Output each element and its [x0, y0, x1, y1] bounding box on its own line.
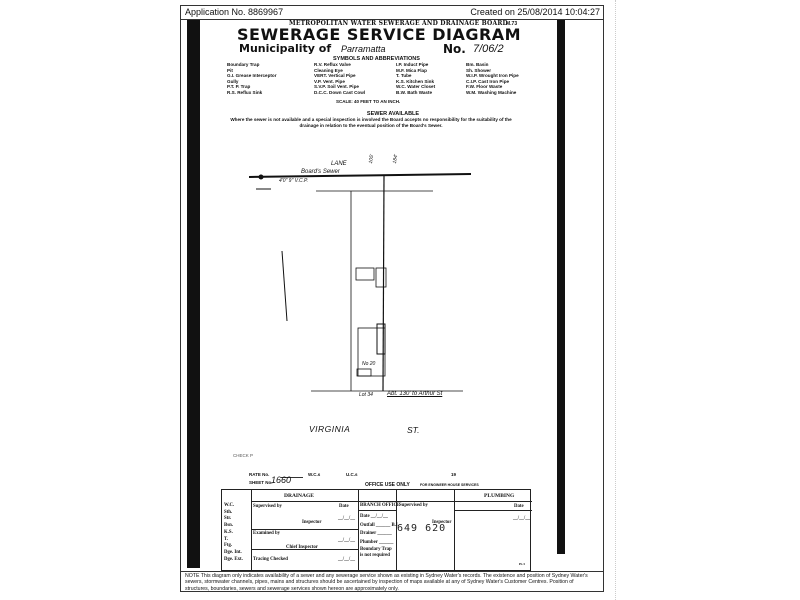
distance-note: Abt. 130' to Arthur St: [387, 391, 442, 397]
fixture-item: T.: [224, 537, 243, 544]
chief-inspector-label: Chief Inspector: [286, 545, 318, 550]
check-label: CHECK P: [233, 453, 253, 458]
corner-ref: Pt.3: [519, 562, 525, 566]
branch-item: Drainer ______: [360, 530, 399, 539]
lane-label: LANE: [331, 161, 347, 167]
drainage-title: DRAINAGE: [284, 493, 314, 499]
sewerage-diagram-document: Application No. 8869967 Created on 25/08…: [180, 5, 604, 592]
disclaimer-note: NOTE This diagram only indicates availab…: [181, 571, 603, 593]
page-edge-guide: [615, 0, 617, 600]
branch-item: is not required: [360, 553, 399, 559]
registration-stamp: 649 620: [397, 523, 446, 534]
for-engineer-label: FOR ENGINEER HOUSE SERVICES: [420, 483, 479, 487]
rate-no-label: RATE No.: [249, 472, 269, 477]
pipe-spec-label: 4'0" 9" V.C.P.: [279, 178, 308, 184]
fixture-item: W.C.: [224, 503, 243, 510]
wcs-label: W.C.s: [308, 472, 320, 477]
fixture-item: Dge. Int.: [224, 550, 243, 557]
branch-office-title: BRANCH OFFICE: [360, 503, 400, 508]
fixture-item: Bsn.: [224, 523, 243, 530]
branch-office-list: Date __/__/__ Outfall ______ B.I. Draine…: [360, 513, 399, 558]
lot-number-label: Lot 34: [359, 392, 373, 398]
office-use-label: OFFICE USE ONLY: [365, 482, 410, 488]
street-suffix: ST.: [407, 425, 419, 435]
fixture-list: W.C. Sth. Str. Bsn. K.S. T. Ftg. Dge. In…: [224, 503, 243, 563]
date-blank: __/__/__: [338, 538, 355, 543]
fixture-item: Dge. Ext.: [224, 557, 243, 564]
examined-by-label: Examined by: [253, 531, 280, 536]
date-label: Date: [339, 504, 349, 509]
street-name: VIRGINIA: [309, 424, 350, 434]
ucs-label: U.C.s: [346, 472, 358, 477]
year-label: 19: [451, 472, 456, 477]
inspector-label: Inspector: [302, 520, 321, 525]
office-use-form: DRAINAGE PLUMBING W.C. Sth. Str. Bsn. K.…: [221, 489, 531, 571]
plumbing-date-blank: __/__/__: [513, 516, 530, 521]
sheet-no-value: 1660: [271, 475, 291, 485]
tracing-checked-label: Tracing Checked: [253, 557, 288, 562]
house-number-label: No 20: [362, 361, 375, 367]
boards-sewer-label: Board's Sewer: [301, 169, 340, 175]
sheet-no-label: SHEET No.: [249, 480, 273, 485]
branch-item: Outfall ______ B.I.: [360, 522, 399, 531]
plumbing-title: PLUMBING: [484, 493, 514, 499]
branch-item: Plumber ______: [360, 539, 399, 548]
date-blank: __/__/__: [338, 516, 355, 521]
branch-item: Date __/__/__: [360, 513, 399, 522]
supervised-by-label: Supervised by: [253, 504, 282, 509]
fixture-item: Sth.: [224, 510, 243, 517]
date-blank: __/__/__: [338, 557, 355, 562]
fixture-item: K.S.: [224, 530, 243, 537]
plumbing-supervised-label: Supervised by: [399, 503, 428, 508]
plumbing-date-label: Date: [514, 504, 524, 509]
fixture-item: Ftg.: [224, 543, 243, 550]
fixture-item: Str.: [224, 516, 243, 523]
